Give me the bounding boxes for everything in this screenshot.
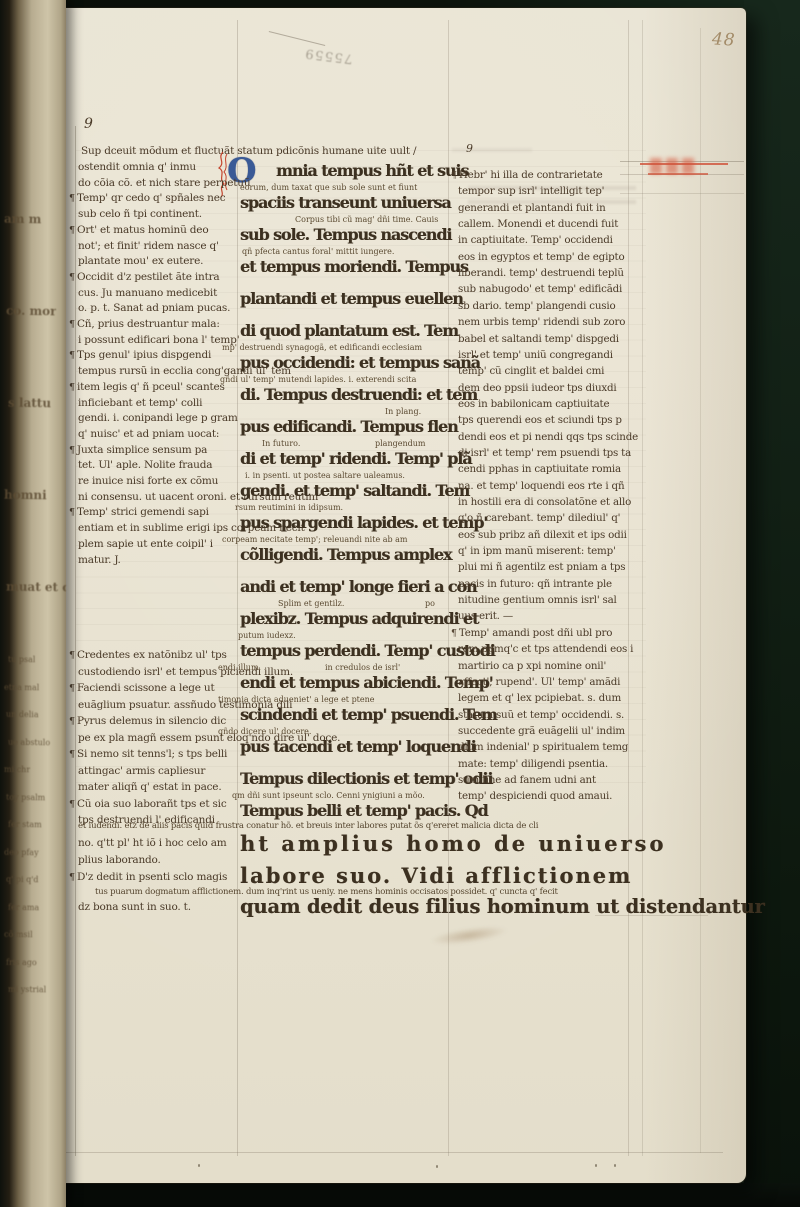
commentary-line: tps querendi eos et sciundi tps p <box>458 415 622 425</box>
left-gloss-line: attingac' armis capliesur <box>78 766 205 777</box>
bible-text-line: plantandi et tempus euellen <box>240 291 463 307</box>
paragraph-mark: ¶ <box>69 684 75 694</box>
ink-smudge <box>429 923 508 949</box>
left-gloss-line: ¶Cñ, prius destruantur mala: <box>78 319 220 330</box>
left-gloss-line: o. p. t. Sanat ad pniam pucas. <box>78 303 230 314</box>
commentary-line: temp' despiciendi quod amaui. <box>458 791 612 801</box>
bible-text-line: labore suo. Vidi afflictionem <box>240 865 632 886</box>
interlinear-gloss: qñ pfecta cantus foral' mittit iungere. <box>242 248 394 256</box>
interlinear-gloss: qm dñi sunt ipseunt sclo. Cenni ynigiuni… <box>232 792 425 800</box>
left-gloss-line: ¶D'z dedit in psenti sclo magis <box>78 872 227 883</box>
left-gloss-line: ¶Juxta simplice sensum pa <box>78 445 207 456</box>
commentary-line: pacis in futuro: qñ intrante ple <box>458 579 612 589</box>
commentary-line: callem. Monendi et ducendi fuit <box>458 219 618 229</box>
interlinear-gloss: timonia dicta adueniet' a lege et ptene <box>218 696 375 704</box>
ruling-line <box>63 1152 723 1153</box>
left-gloss-line: no. q'tt pl' ht iõ i hoc celo am <box>78 838 227 849</box>
paragraph-mark: ¶ <box>69 383 75 393</box>
folio-number: 48 <box>711 29 736 50</box>
show-through <box>452 148 532 158</box>
folio-edge-fragment: fer stam <box>8 820 42 829</box>
commentary-line: ¶Temp' amandi post dñi ubl pro <box>458 628 612 638</box>
left-gloss-line: re inuice nisi forte ex cõmu <box>78 476 218 487</box>
pencil-inscription: 75559 <box>303 45 353 66</box>
paragraph-mark: ¶ <box>69 446 75 456</box>
paragraph-mark: ¶ <box>69 273 75 283</box>
interlinear-gloss: Splim et gentilz. <box>278 600 344 608</box>
commentary-line: cendi pphas in captiuitate romia <box>458 464 621 474</box>
red-ink-mark <box>638 156 733 188</box>
interlinear-gloss: corpeam necitate temp'; releuandi nite a… <box>222 536 408 544</box>
bible-text-line: pus tacendi et temp' loquendi <box>240 739 476 755</box>
paragraph-mark: ¶ <box>69 508 75 518</box>
paragraph-mark: ¶ <box>69 873 75 883</box>
interlinear-gloss: endi illum. <box>218 664 261 672</box>
folio-edge-fragment: s lattu <box>8 396 51 411</box>
interlinear-gloss: in credulos de isrl' <box>325 664 400 672</box>
bible-text-line: endi et tempus abiciendi. Temp' <box>240 675 493 691</box>
interlinear-gloss: i. in psenti. ut postea saltare ualeamus… <box>245 472 405 480</box>
left-gloss-line: not'; et finit' ridem nasce q' <box>78 241 219 252</box>
folio-edge-fragment: fris ago <box>6 957 37 966</box>
left-gloss-line: cus. Ju manuano medicebit <box>78 288 217 299</box>
folio-edge-fragment: mi chr <box>4 765 30 774</box>
commentary-line: eos in egyptos et temp' de egipto <box>458 252 625 262</box>
left-gloss-line: tet. Ul' aple. Nolite frauda <box>78 460 212 471</box>
ruling-line <box>700 28 701 1153</box>
commentary-line: eos in babilonicam captiuitate <box>458 399 609 409</box>
commentary-line: legem et q' lex pcipiebat. s. dum <box>458 693 621 703</box>
bible-text-line: mnia tempus hñt et suis <box>240 163 468 179</box>
commentary-line: affect'; rupend'. Ul' temp' amãdi <box>458 677 620 687</box>
commentary-line: isrl' et temp' uniũ congregandi <box>458 350 613 360</box>
pencil-stroke <box>269 31 326 46</box>
paragraph-mark: ¶ <box>69 717 75 727</box>
bible-text-line: Tempus belli et temp' pacis. Qd <box>240 803 488 819</box>
left-gloss-line: ostendit omnia q' inmu <box>78 162 196 173</box>
interlinear-gloss: eorum, dum taxat que sub sole sunt et fi… <box>240 184 417 192</box>
paragraph-mark: ¶ <box>69 226 75 236</box>
left-gloss-line: plius laborando. <box>78 855 161 866</box>
left-gloss-line: ¶Ort' et matus hominũ deo <box>78 225 208 236</box>
bible-text-line: gendi. et temp' saltandi. Tem <box>240 483 469 499</box>
left-gloss-line: gendi. i. conipandi lege p gram <box>78 413 238 424</box>
commentary-line: q' in ipm manũ miserent: temp' <box>458 546 616 556</box>
commentary-line: ¶Hebr' hi illa de contrarietate <box>458 170 603 180</box>
commentary-line: uus erit. — <box>458 611 513 621</box>
folio-edge-fragment: muat et co <box>6 580 66 595</box>
left-gloss-line: mater aliqñ q' estat in pace. <box>78 782 221 793</box>
commentary-line: eos sub pribz añ dilexit et ips odii <box>458 530 627 540</box>
pricking-mark <box>614 1164 616 1167</box>
commentary-line: temp' cũ cinglit et baldei cmi <box>458 366 604 376</box>
folio-edge-fragment: q' pi q'd <box>6 875 39 884</box>
bible-text-line: et tempus moriendi. Tempus <box>240 259 468 275</box>
interlinear-gloss: mp' destruendi synagogã, et edificandi e… <box>222 344 422 352</box>
paragraph-mark: ¶ <box>69 194 75 204</box>
folio-edge-fragment: fer ama <box>8 902 39 911</box>
interlinear-gloss: Corpus tibi cũ mag' dñi time. Cauis <box>295 216 438 224</box>
left-gloss-line: do cõia cõ. et nich stare perpetuũ <box>78 178 250 189</box>
commentary-line: liberandi. temp' destruendi teplũ <box>458 268 624 278</box>
commentary-line: babel et saltandi temp' dispgedi <box>458 334 619 344</box>
interlinear-gloss: gñdi ul' temp' mutendi lapides. i. exter… <box>220 376 416 384</box>
interlinear-gloss: qñdo dicere ul' docere. <box>218 728 311 736</box>
commentary-line: tempor sup isrl' intelligit tep' <box>458 186 604 196</box>
commentary-line: nem urbis temp' ridendi sub zoro <box>458 317 625 327</box>
folio-edge-fragment: co. mor <box>6 304 57 319</box>
bible-text-line: di. Tempus destruendi: et tem <box>240 387 477 403</box>
folio-edge-fragment: ue abstulo <box>8 737 50 747</box>
pricking-mark <box>198 1164 200 1167</box>
left-gloss-line: ¶Temp' qr cedo q' spñales nec <box>78 193 225 204</box>
folio-edge-fragment: homni <box>4 488 47 503</box>
interlinear-gloss: In futuro. <box>262 440 300 448</box>
previous-folio-edge: am mco. mors lattuhomnimuat et cotu psal… <box>0 0 66 1207</box>
folio-edge-fragment: toy psalm <box>6 792 45 802</box>
left-gloss-line: ¶Cũ oia suo laborañt tps et sic <box>78 799 227 810</box>
folio-edge-fragment: etna mal <box>4 682 39 691</box>
interlinear-gloss: plangendum <box>375 440 425 448</box>
left-gloss-line: inficiebant et temp' colli <box>78 398 202 409</box>
commentary-line: dium indenial' p spiritualem temg <box>458 742 628 752</box>
bible-text-line: tempus perdendi. Temp' custodi <box>240 643 495 659</box>
left-gloss-line: ¶Credentes ex natõnibz ul' tps <box>78 650 227 661</box>
commentary-line: succedente grã euãgelii ul' indim <box>458 726 625 736</box>
manuscript-page: 48 75559 9 9 Sup dceuit mõdum et fluctuã… <box>18 8 746 1183</box>
left-gloss-line: ¶Pyrus delemus in silencio dic <box>78 716 226 727</box>
bible-text-line: sub sole. Tempus nascendi <box>240 227 451 243</box>
commentary-line: sb dario. temp' plangendi cusio <box>458 301 615 311</box>
bible-text-line: andi et temp' longe fieri a con <box>240 579 477 595</box>
bible-text-line: cõlligendi. Tempus amplex <box>240 547 451 563</box>
bible-text-line: pus spargendi lapides. et temp' <box>240 515 487 531</box>
left-gloss-line: ¶Si nemo sit tenns'l; s tps belli <box>78 749 227 760</box>
commentary-line: statum suũ et temp' occidendi. s. <box>458 710 624 720</box>
bible-text-line: di et temp' ridendi. Temp' plã <box>240 451 472 467</box>
commentary-line: in captiuitate. Temp' occidendi <box>458 235 613 245</box>
tironian-siglum: 9 <box>84 116 93 132</box>
commentary-line: in hostili era di consolatõne et allo <box>458 497 631 507</box>
interlinear-gloss: po <box>425 600 435 608</box>
interlinear-gloss: rsum reutimini in idipsum. <box>235 504 343 512</box>
folio-edge-fragment: tu psal <box>8 655 36 664</box>
folio-edge-fragment: mi ystrial <box>8 985 46 995</box>
left-gloss-line: ¶Faciendi scissone a lege ut <box>78 683 214 694</box>
commentary-line: sum fine ad fanem udni ant <box>458 775 596 785</box>
interlinear-gloss: putum iudexz. <box>238 632 296 640</box>
left-gloss-line: plantate mou' ex eutere. <box>78 256 203 267</box>
bible-text-line: pus occidendi: et tempus sanã <box>240 355 480 371</box>
commentary-line: rem ppmq'c et tps attendendi eos i <box>458 644 633 654</box>
commentary-line: mate: temp' diligendi psentia. <box>458 759 608 769</box>
folio-edge-fragment: un delia <box>6 710 39 719</box>
folio-edge-fragment: cõ msil <box>4 930 33 939</box>
bible-text-line: ht amplius homo de uniuerso <box>240 833 666 854</box>
paragraph-mark: ¶ <box>451 171 457 180</box>
bible-text-line: Tempus dilectionis et temp' odii <box>240 771 492 787</box>
commentary-line: dendi eos et pi nendi qqs tps scinde <box>458 432 638 442</box>
paragraph-mark: ¶ <box>451 629 457 638</box>
pricking-mark <box>436 1165 438 1168</box>
left-gloss-line: ¶Occidit d'z pestilet ãte intra <box>78 272 219 283</box>
folio-edge-fragment: deo pfay <box>4 847 39 856</box>
commentary-line: generandi et plantandi fuit in <box>458 203 606 213</box>
commentary-line: nitudine gentium omnis isrl' sal <box>458 595 617 605</box>
commentary-line: dem deo ppsii iudeor tps diuxdi <box>458 383 617 393</box>
paragraph-mark: ¶ <box>69 351 75 361</box>
commentary-line: di isrl' et temp' rem psuendi tps ta <box>458 448 631 458</box>
commentary-line: q'o ñ carebant. temp' dilediul' q' <box>458 513 620 523</box>
left-gloss-line: plem sapie ut ente coipil' i <box>78 539 213 550</box>
commentary-line: martirio ca p xpi nomine onil' <box>458 661 606 671</box>
pricking-mark <box>595 1164 597 1167</box>
left-gloss-line: q' nuisc' et ad pniam uocat: <box>78 429 219 440</box>
commentary-line: plui mi ñ agentilz est pniam a tps <box>458 562 625 572</box>
paragraph-mark: ¶ <box>69 800 75 810</box>
left-gloss-line: ¶Temp' strici gemendi sapi <box>78 507 209 518</box>
full-width-gloss: et iudendi. etz de aliis pacis quid frus… <box>78 822 538 831</box>
bible-text-line: plexibz. Tempus adquirendi et <box>240 611 478 627</box>
table-surface-right <box>744 0 800 1207</box>
paragraph-mark: ¶ <box>69 750 75 760</box>
left-gloss-line: i possunt edificari bona l' temp' <box>78 335 239 346</box>
photo-background: 48 75559 9 9 Sup dceuit mõdum et fluctuã… <box>0 0 800 1207</box>
left-gloss-line: ¶Tps genul' ipius dispgendi <box>78 350 211 361</box>
left-gloss-line: dz bona sunt in suo. t. <box>78 902 191 913</box>
interlinear-gloss: In plang. <box>385 408 421 416</box>
paragraph-mark: ¶ <box>69 320 75 330</box>
bible-text-line: di quod plantatum est. Tem <box>240 323 458 339</box>
folio-edge-fragment: am m <box>4 212 42 227</box>
bible-text-line: quam dedit deus filius hominum ut disten… <box>240 897 765 917</box>
commentary-line: sub nabugodo' et temp' edificãdi <box>458 284 622 294</box>
bible-text-line: pus edificandi. Tempus flen <box>240 419 458 435</box>
commentary-line: na. et temp' loquendi eos rte i qñ <box>458 481 624 491</box>
left-gloss-line: ¶item legis q' ñ pceul' scantes <box>78 382 225 393</box>
bible-text-line: spaciis transeunt uniuersa <box>240 195 451 211</box>
paragraph-mark: ¶ <box>69 651 75 661</box>
left-gloss-line: matur. J. <box>78 555 121 566</box>
table-surface-bottom <box>0 1183 800 1207</box>
left-gloss-line: sub celo ñ tpi continent. <box>78 209 202 220</box>
